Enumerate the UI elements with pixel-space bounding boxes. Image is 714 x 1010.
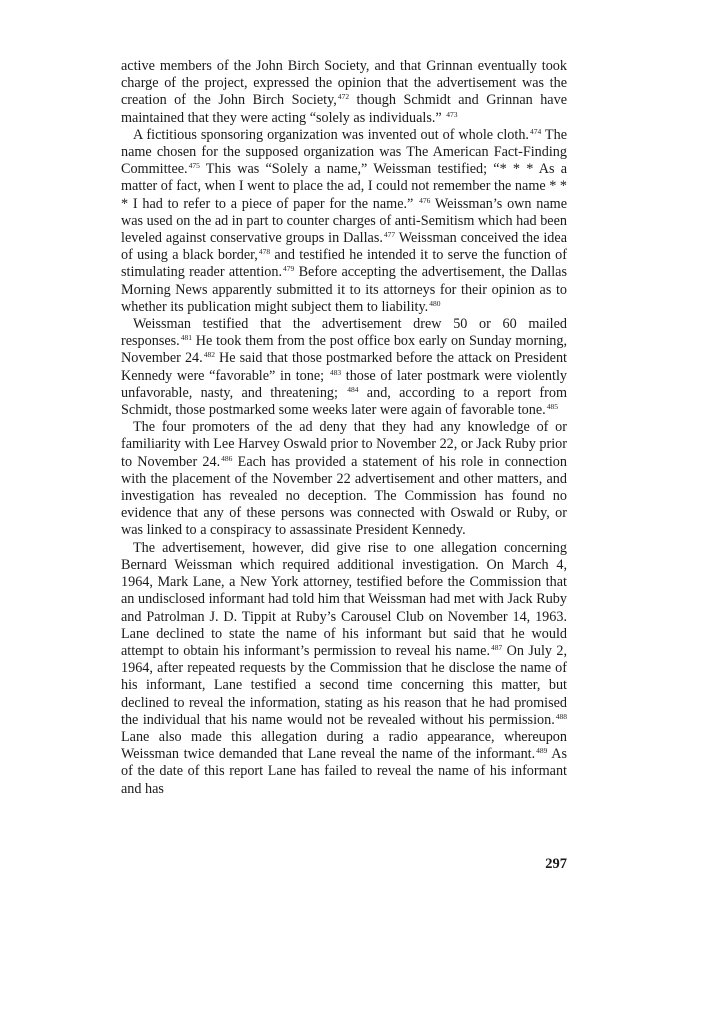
footnote-marker: 475 [189, 161, 200, 170]
footnote-marker: 478 [259, 247, 270, 256]
footnote-marker: 482 [204, 350, 215, 359]
page-body: active members of the John Birch Society… [121, 58, 567, 798]
footnote-marker: 474 [530, 127, 541, 136]
footnote-marker: 488 [556, 712, 567, 721]
footnote-marker: 484 [347, 385, 358, 394]
page-number: 297 [520, 856, 567, 873]
footnote-marker: 486 [221, 454, 232, 463]
paragraph-1: active members of the John Birch Society… [121, 58, 567, 127]
footnote-marker: 473 [446, 110, 457, 119]
footnote-marker: 485 [547, 402, 558, 411]
footnote-marker: 489 [536, 746, 547, 755]
footnote-marker: 483 [330, 368, 341, 377]
paragraph-5: The advertisement, however, did give ris… [121, 540, 567, 798]
footnote-marker: 479 [283, 264, 294, 273]
footnote-marker: 480 [429, 299, 440, 308]
footnote-marker: 487 [491, 643, 502, 652]
footnote-marker: 476 [419, 196, 430, 205]
paragraph-3: Weissman testified that the advertisemen… [121, 316, 567, 419]
footnote-marker: 481 [181, 333, 192, 342]
footnote-marker: 477 [384, 230, 395, 239]
paragraph-2: A fictitious sponsoring organization was… [121, 127, 567, 316]
paragraph-4: The four promoters of the ad deny that t… [121, 419, 567, 539]
footnote-marker: 472 [338, 92, 349, 101]
